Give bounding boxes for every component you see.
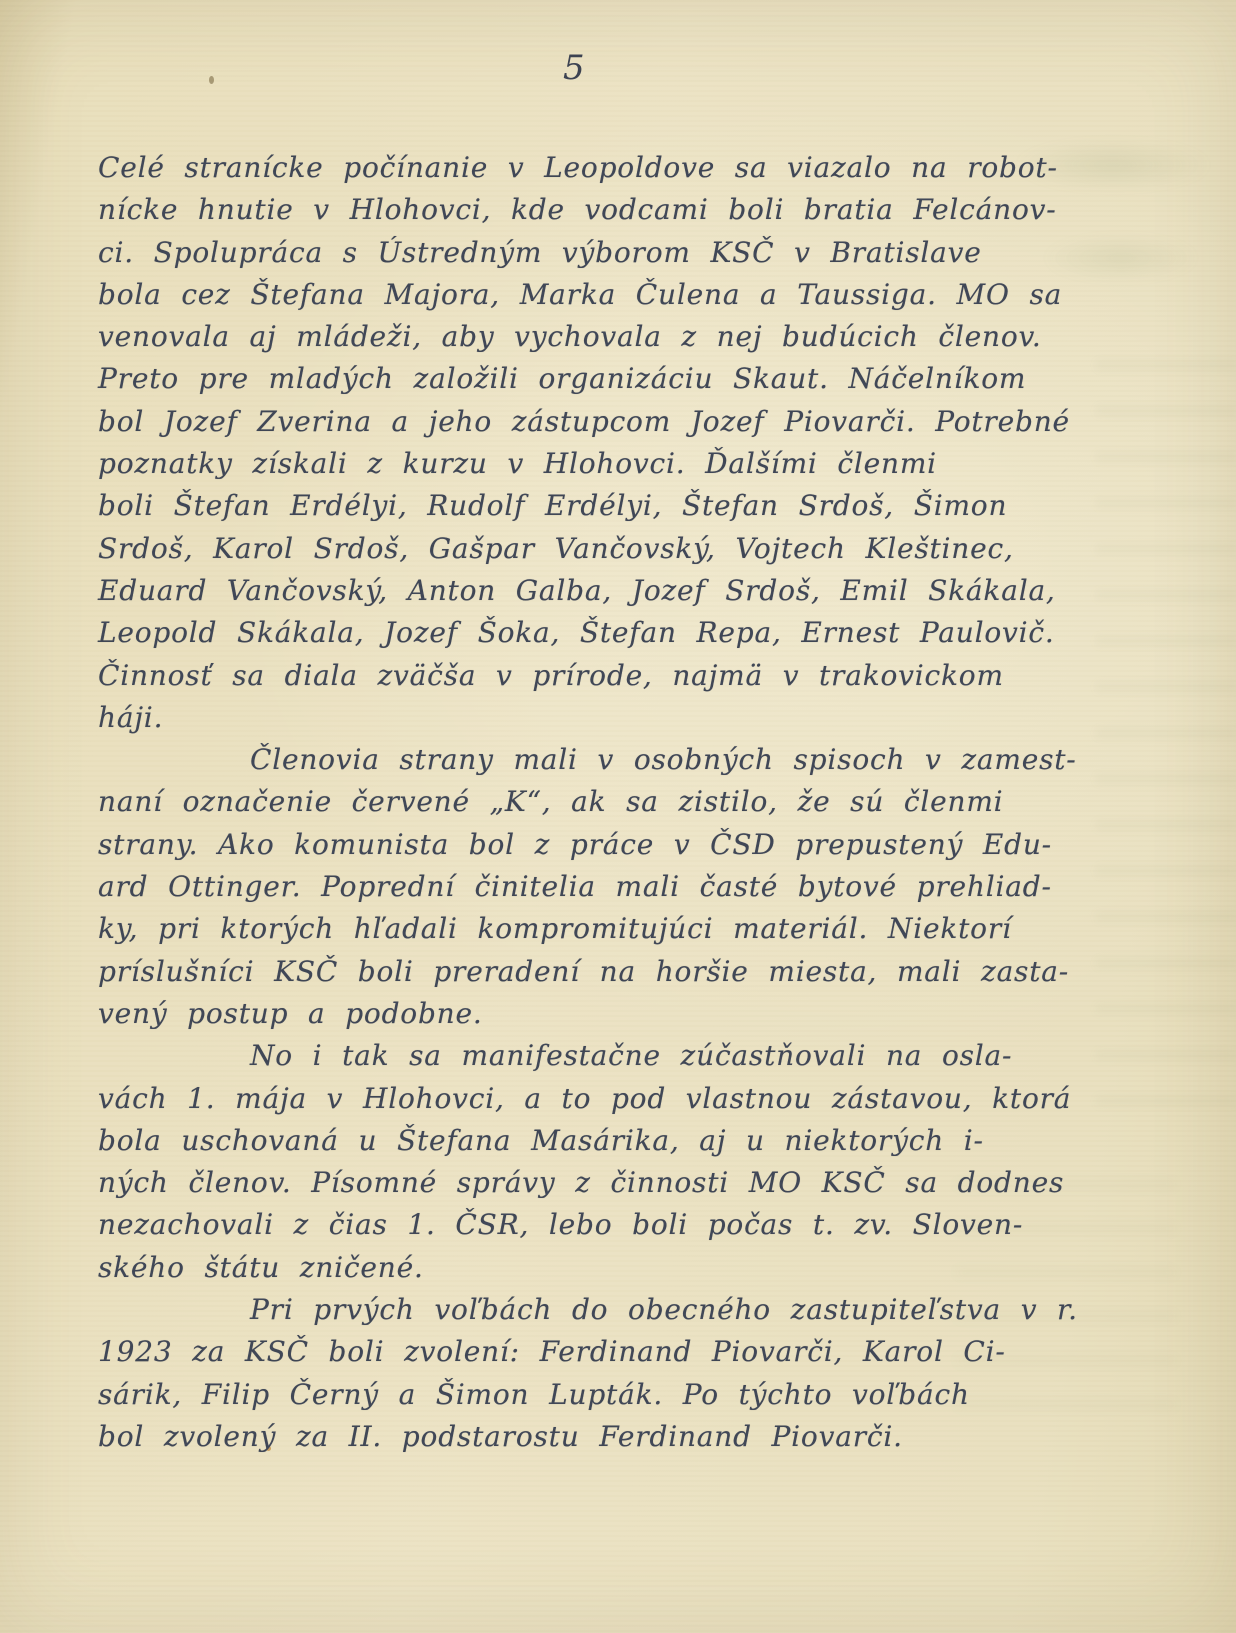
manuscript-line: Pri prvých voľbách do obecného zastupite… (98, 1289, 1078, 1331)
manuscript-line: Členovia strany mali v osobných spisoch … (98, 739, 1078, 781)
manuscript-line: venovala aj mládeži, aby vychovala z nej… (98, 316, 1078, 358)
manuscript-line: strany. Ako komunista bol z práce v ČSD … (98, 824, 1078, 866)
manuscript-line: 1923 za KSČ boli zvolení: Ferdinand Piov… (98, 1331, 1078, 1373)
manuscript-line: ci. Spolupráca s Ústredným výborom KSČ v… (98, 232, 1078, 274)
manuscript-line: príslušníci KSČ boli preradení na horšie… (98, 951, 1078, 993)
manuscript-line: bola uschovaná u Štefana Masárika, aj u … (98, 1120, 1078, 1162)
ink-speck (209, 76, 214, 84)
manuscript-line: sárik, Filip Černý a Šimon Lupták. Po tý… (98, 1374, 1078, 1416)
manuscript-line: nezachovali z čias 1. ČSR, lebo boli poč… (98, 1204, 1078, 1246)
manuscript-line: boli Štefan Erdélyi, Rudolf Erdélyi, Šte… (98, 485, 1078, 527)
manuscript-line: Preto pre mladých založili organizáciu S… (98, 358, 1078, 400)
manuscript-line: nícke hnutie v Hlohovci, kde vodcami bol… (98, 189, 1078, 231)
manuscript-line: bol zvolený za II. podstarostu Ferdinand… (98, 1416, 1078, 1458)
manuscript-line: bola cez Štefana Majora, Marka Čulena a … (98, 274, 1078, 316)
manuscript-line: bol Jozef Zverina a jeho zástupcom Jozef… (98, 401, 1078, 443)
manuscript-line: Srdoš, Karol Srdoš, Gašpar Vančovský, Vo… (98, 528, 1078, 570)
manuscript-line: Leopold Skákala, Jozef Šoka, Štefan Repa… (98, 612, 1078, 654)
paragraph: Celé stranícke počínanie v Leopoldove sa… (98, 147, 1078, 739)
manuscript-line: vách 1. mája v Hlohovci, a to pod vlastn… (98, 1078, 1078, 1120)
manuscript-line: háji. (98, 697, 1078, 739)
scanned-manuscript-page: 5 Celé stranícke počínanie v Leopoldove … (0, 0, 1236, 1633)
manuscript-line: Činnosť sa diala zväčša v prírode, najmä… (98, 655, 1078, 697)
manuscript-line: ard Ottinger. Poprední činitelia mali ča… (98, 866, 1078, 908)
manuscript-line: Celé stranícke počínanie v Leopoldove sa… (98, 147, 1078, 189)
manuscript-line: ského štátu zničené. (98, 1247, 1078, 1289)
paragraph: Pri prvých voľbách do obecného zastupite… (98, 1289, 1078, 1458)
manuscript-line: ných členov. Písomné správy z činnosti M… (98, 1162, 1078, 1204)
bleed-through-ghost (1096, 360, 1236, 1120)
manuscript-text: Celé stranícke počínanie v Leopoldove sa… (98, 147, 1078, 1458)
paragraph: Členovia strany mali v osobných spisoch … (98, 739, 1078, 1035)
manuscript-line: poznatky získali z kurzu v Hlohovci. Ďal… (98, 443, 1078, 485)
manuscript-line: ky, pri ktorých hľadali kompromitujúci m… (98, 908, 1078, 950)
paragraph: No i tak sa manifestačne zúčastňovali na… (98, 1035, 1078, 1289)
manuscript-line: vený postup a podobne. (98, 993, 1078, 1035)
page-number: 5 (563, 48, 586, 88)
manuscript-line: naní označenie červené „K“, ak sa zistil… (98, 781, 1078, 823)
manuscript-line: Eduard Vančovský, Anton Galba, Jozef Srd… (98, 570, 1078, 612)
manuscript-line: No i tak sa manifestačne zúčastňovali na… (98, 1035, 1078, 1077)
